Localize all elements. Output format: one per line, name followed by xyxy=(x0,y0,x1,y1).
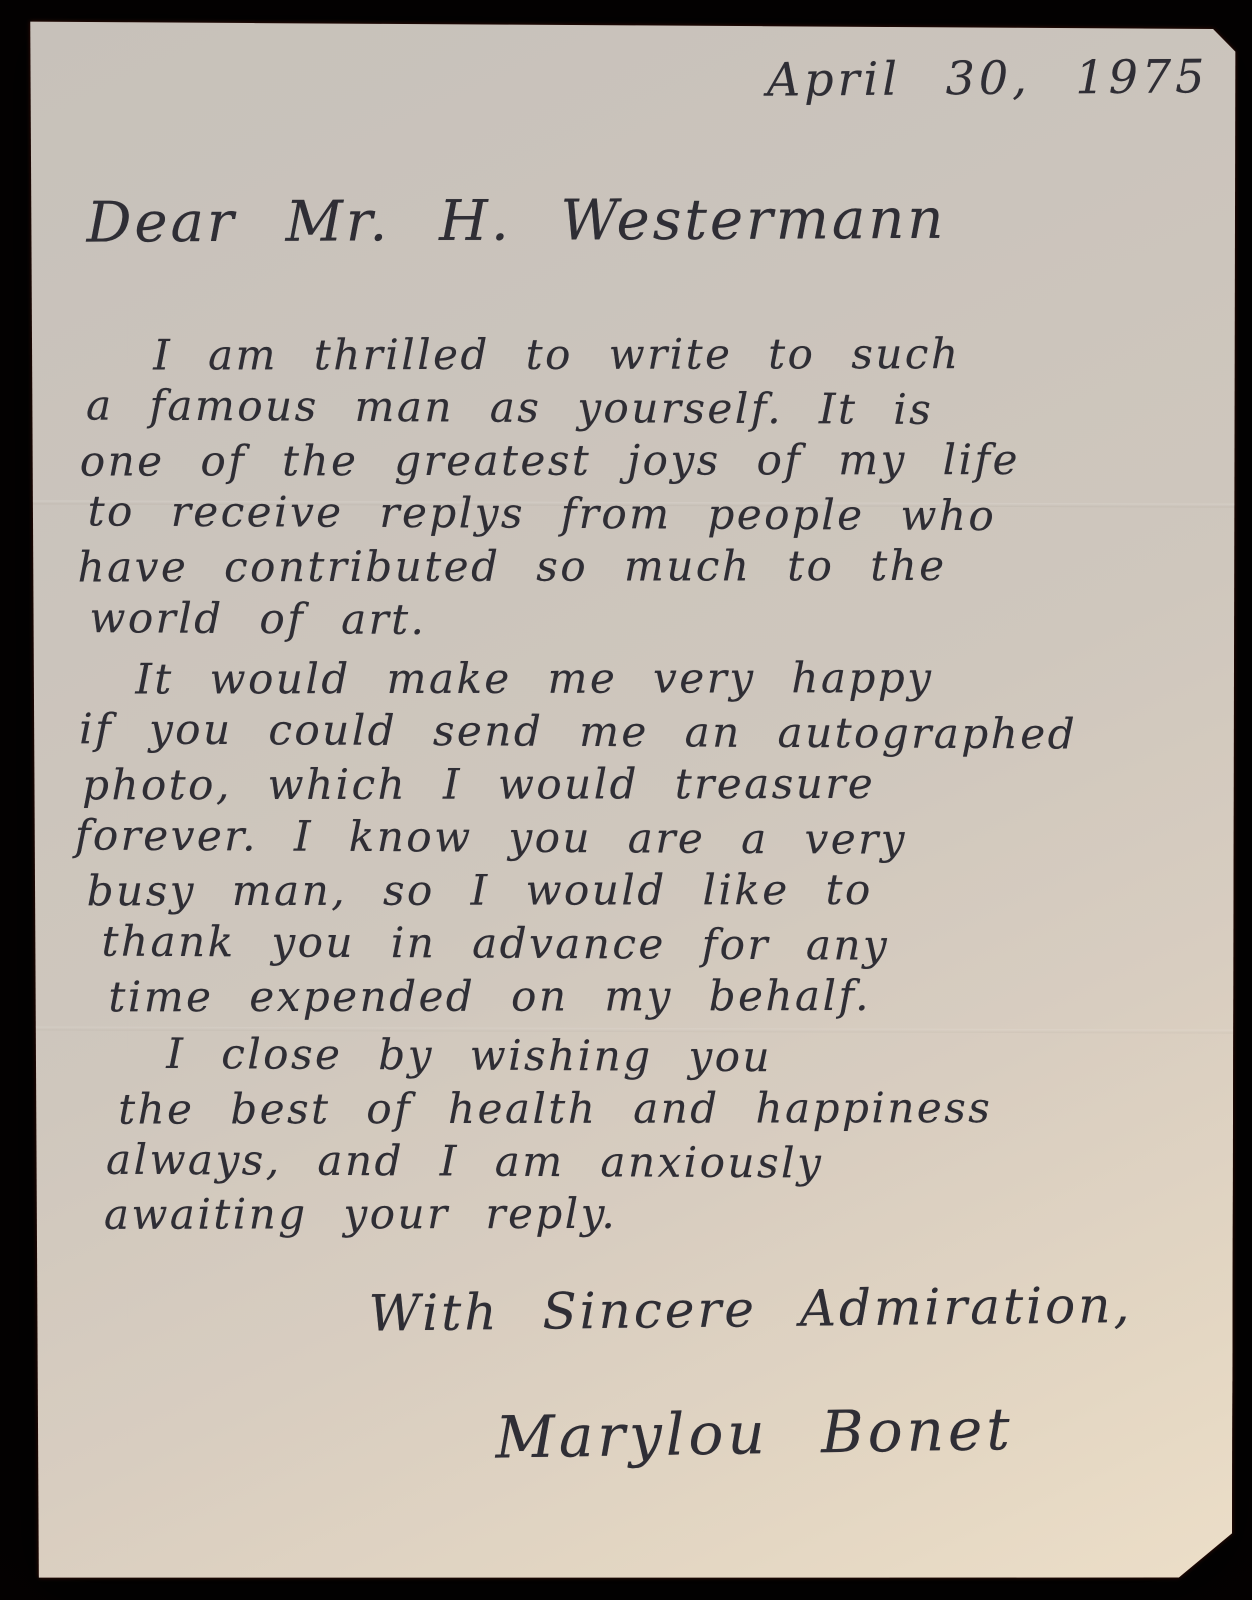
letter-closing: With Sincere Admiration, xyxy=(368,1280,1132,1339)
letter-line: have contributed so much to the xyxy=(78,545,947,589)
letter-line: thank you in advance for any xyxy=(102,921,890,967)
letter-line: forever. I know you are a very xyxy=(75,814,907,860)
letter-salutation: Dear Mr. H. Westermann xyxy=(86,192,946,252)
letter-line: always, and I am anxiously xyxy=(106,1139,823,1185)
letter-line: one of the greatest joys of my life xyxy=(80,439,1020,483)
paper-shadow-wrap: April 30, 1975 Dear Mr. H. Westermann I … xyxy=(0,0,1252,1600)
letter-line: world of art. xyxy=(89,597,426,641)
letter-line: awaiting your reply. xyxy=(104,1193,617,1236)
letter-line: if you could send me an autographed xyxy=(79,708,1077,755)
letter-line: to receive replys from people who xyxy=(88,490,997,537)
letter-line: photo, which I would treasure xyxy=(82,763,875,806)
letter-paper: April 30, 1975 Dear Mr. H. Westermann I … xyxy=(25,20,1236,1581)
letter-line: I close by wishing you xyxy=(166,1033,772,1078)
photo-backdrop: April 30, 1975 Dear Mr. H. Westermann I … xyxy=(0,0,1252,1600)
letter-line: a famous man as yourself. It is xyxy=(86,384,934,430)
letter-line: I am thrilled to write to such xyxy=(153,333,960,376)
letter-signature: Marylou Bonet xyxy=(495,1400,1014,1467)
letter-line: It would make me very happy xyxy=(135,657,933,700)
letter-line: the best of health and happiness xyxy=(118,1087,992,1131)
letter-line: busy man, so I would like to xyxy=(87,869,873,912)
letter-line: time expended on my behalf. xyxy=(108,975,870,1018)
letter-date: April 30, 1975 xyxy=(767,53,1209,102)
